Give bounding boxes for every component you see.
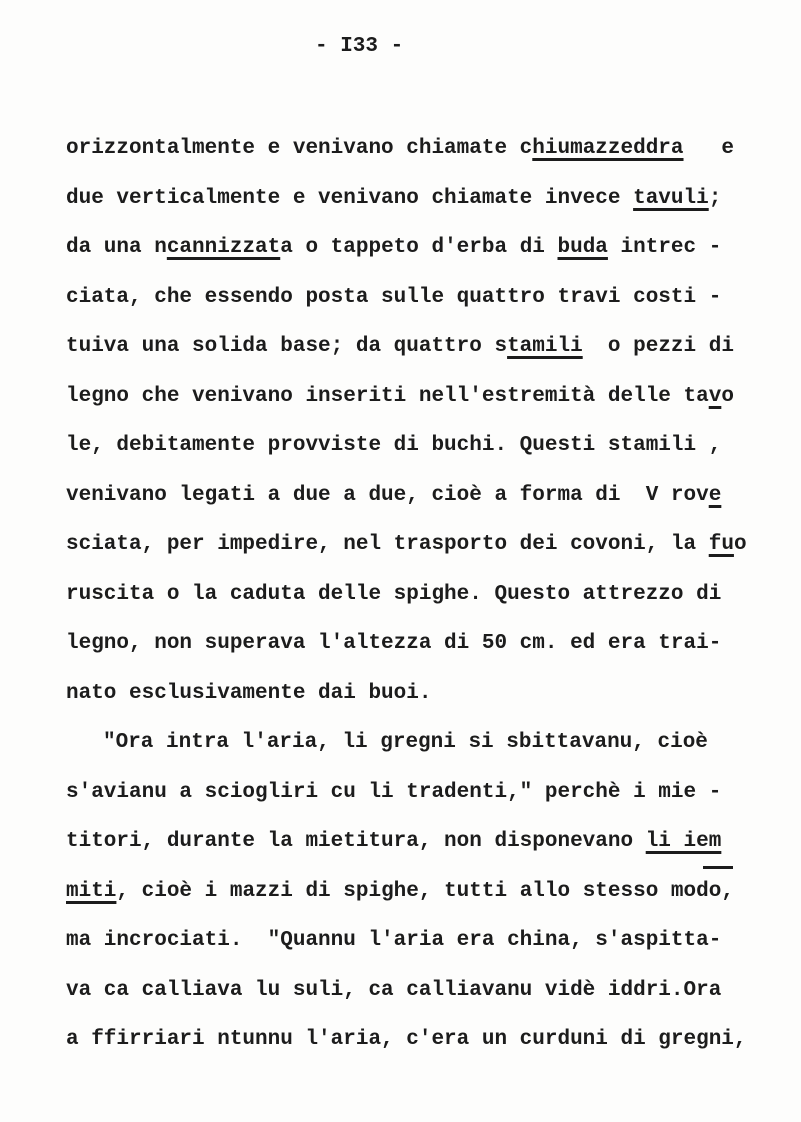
text-line: due verticalmente e venivano chiamate in… <box>66 174 776 224</box>
text-segment: e <box>684 137 734 160</box>
underlined-text: miti <box>66 880 116 903</box>
text-segment: venivano legati a due a due, cioè a form… <box>66 484 709 507</box>
text-line: le, debitamente provviste di buchi. Ques… <box>66 421 776 471</box>
text-segment: o <box>734 533 747 556</box>
text-line: ruscita o la caduta delle spighe. Questo… <box>66 570 776 620</box>
text-line: orizzontalmente e venivano chiamate chiu… <box>66 124 776 174</box>
text-segment: va ca calliava lu suli, ca calliavanu vi… <box>66 979 721 1002</box>
underlined-text: cannizzat <box>167 236 280 259</box>
text-segment: sciata, per impedire, nel trasporto dei … <box>66 533 709 556</box>
text-line: nato esclusivamente dai buoi. <box>66 669 776 719</box>
text-segment: due verticalmente e venivano chiamate in… <box>66 187 633 210</box>
text-segment: nato esclusivamente dai buoi. <box>66 682 431 705</box>
text-line: sciata, per impedire, nel trasporto dei … <box>66 520 776 570</box>
underlined-text: tavuli <box>633 187 709 210</box>
underlined-text: e <box>709 484 722 507</box>
text-line: venivano legati a due a due, cioè a form… <box>66 471 776 521</box>
text-segment: da una n <box>66 236 167 259</box>
text-line: tuiva una solida base; da quattro stamil… <box>66 322 776 372</box>
text-segment: le, debitamente provviste di buchi. Ques… <box>66 434 721 457</box>
underlined-text: hiumazzeddra <box>532 137 683 160</box>
text-line: ciata, che essendo posta sulle quattro t… <box>66 273 776 323</box>
text-segment: "Ora intra l'aria, li gregni si sbittava… <box>103 731 708 754</box>
text-line: va ca calliava lu suli, ca calliavanu vi… <box>66 966 776 1016</box>
text-segment: ruscita o la caduta delle spighe. Questo… <box>66 583 721 606</box>
text-segment: legno, non superava l'altezza di 50 cm. … <box>66 632 721 655</box>
text-segment: o pezzi di <box>583 335 734 358</box>
underlined-text: v <box>709 385 722 408</box>
text-line: a ffirriari ntunnu l'aria, c'era un curd… <box>66 1015 776 1065</box>
underlined-text: tamili <box>507 335 583 358</box>
text-segment: a ffirriari ntunnu l'aria, c'era un curd… <box>66 1028 747 1051</box>
text-body: orizzontalmente e venivano chiamate chiu… <box>66 124 776 1065</box>
underlined-text: fu <box>709 533 734 556</box>
text-line: miti, cioè i mazzi di spighe, tutti allo… <box>66 867 776 917</box>
text-segment: ; <box>709 187 722 210</box>
text-segment: ciata, che essendo posta sulle quattro t… <box>66 286 721 309</box>
text-segment: titori, durante la mietitura, non dispon… <box>66 830 646 853</box>
text-segment: o <box>721 385 734 408</box>
text-segment: intrec - <box>608 236 721 259</box>
document-page: - I33 - orizzontalmente e venivano chiam… <box>0 0 801 1122</box>
page-number: - I33 - <box>315 33 403 61</box>
text-line: da una ncannizzata o tappeto d'erba di b… <box>66 223 776 273</box>
text-segment: orizzontalmente e venivano chiamate c <box>66 137 532 160</box>
text-line: legno che venivano inseriti nell'estremi… <box>66 372 776 422</box>
text-segment: , cioè i mazzi di spighe, tutti allo ste… <box>116 880 734 903</box>
text-segment: a o tappeto d'erba di <box>280 236 557 259</box>
text-segment: ma incrociati. "Quannu l'aria era china,… <box>66 929 721 952</box>
text-segment: s'avianu a sciogliri cu li tradenti," pe… <box>66 781 721 804</box>
underline-continuation-mark <box>703 866 733 869</box>
text-line: titori, durante la mietitura, non dispon… <box>66 817 776 867</box>
text-segment: tuiva una solida base; da quattro s <box>66 335 507 358</box>
underlined-text: buda <box>558 236 608 259</box>
text-line: ma incrociati. "Quannu l'aria era china,… <box>66 916 776 966</box>
text-segment: legno che venivano inseriti nell'estremi… <box>66 385 709 408</box>
text-line: legno, non superava l'altezza di 50 cm. … <box>66 619 776 669</box>
underlined-text: li iem <box>646 830 722 853</box>
text-line: s'avianu a sciogliri cu li tradenti," pe… <box>66 768 776 818</box>
text-line: "Ora intra l'aria, li gregni si sbittava… <box>66 718 776 768</box>
